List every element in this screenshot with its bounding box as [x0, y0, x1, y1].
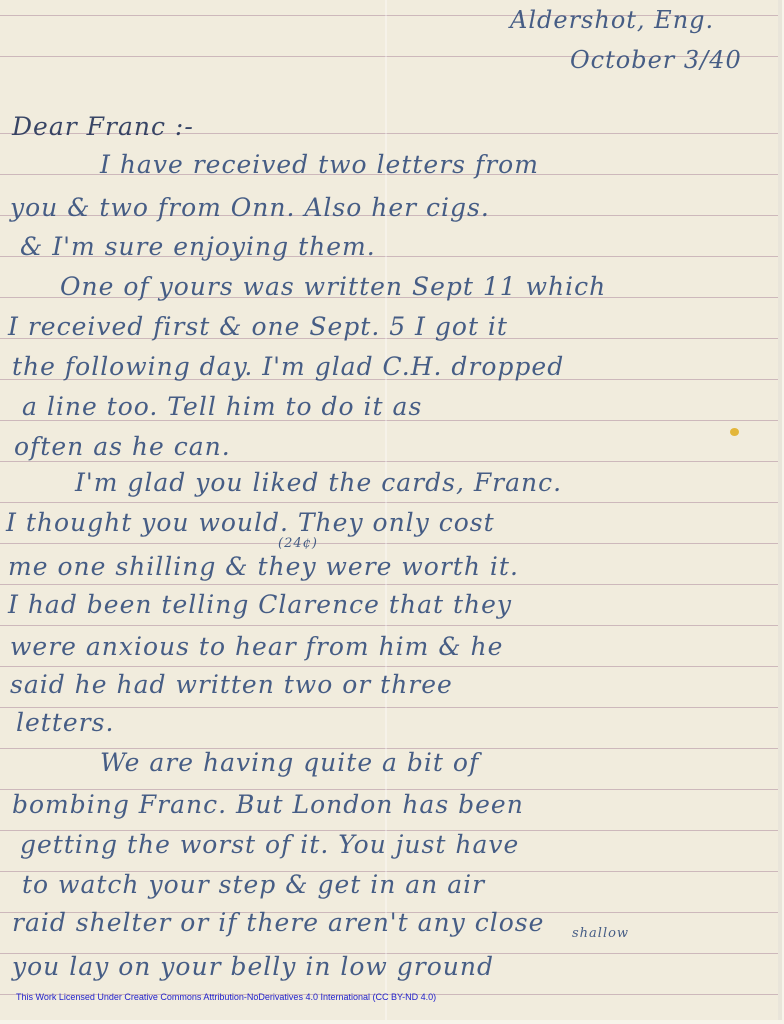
shilling-price-note: (24¢) — [278, 536, 318, 551]
letter-line: I thought you would. They only cost — [6, 508, 495, 537]
letter-line: bombing Franc. But London has been — [12, 790, 524, 819]
letter-line: the following day. I'm glad C.H. dropped — [12, 352, 564, 381]
inserted-word-shallow: shallow — [572, 926, 629, 941]
letter-page: Aldershot, Eng. October 3/40 Dear Franc … — [0, 0, 782, 1020]
letter-line: me one shilling & they were worth it. — [8, 552, 519, 581]
letter-line: you lay on your belly in low ground — [12, 952, 494, 981]
letter-line: you & two from Onn. Also her cigs. — [10, 193, 490, 222]
letter-line: I had been telling Clarence that they — [8, 590, 512, 619]
letter-line: raid shelter or if there aren't any clos… — [12, 908, 544, 937]
letter-location: Aldershot, Eng. — [510, 6, 714, 34]
letter-line: letters. — [16, 708, 114, 737]
letter-line: I have received two letters from — [100, 150, 539, 179]
letter-line: getting the worst of it. You just have — [20, 830, 519, 859]
letter-line: We are having quite a bit of — [100, 748, 479, 777]
letter-line: said he had written two or three — [10, 670, 453, 699]
letter-line: a line too. Tell him to do it as — [22, 392, 422, 421]
letter-line: One of yours was written Sept 11 which — [60, 272, 606, 301]
ink-stain — [730, 428, 739, 436]
letter-line: often as he can. — [14, 432, 231, 461]
license-notice: This Work Licensed Under Creative Common… — [16, 992, 436, 1002]
letter-line: & I'm sure enjoying them. — [20, 232, 376, 261]
letter-line: were anxious to hear from him & he — [10, 632, 503, 661]
letter-salutation: Dear Franc :- — [12, 112, 194, 141]
letter-date: October 3/40 — [570, 46, 742, 74]
letter-line: to watch your step & get in an air — [22, 870, 485, 899]
letter-line: I'm glad you liked the cards, Franc. — [75, 468, 562, 497]
letter-line: I received first & one Sept. 5 I got it — [8, 312, 508, 341]
